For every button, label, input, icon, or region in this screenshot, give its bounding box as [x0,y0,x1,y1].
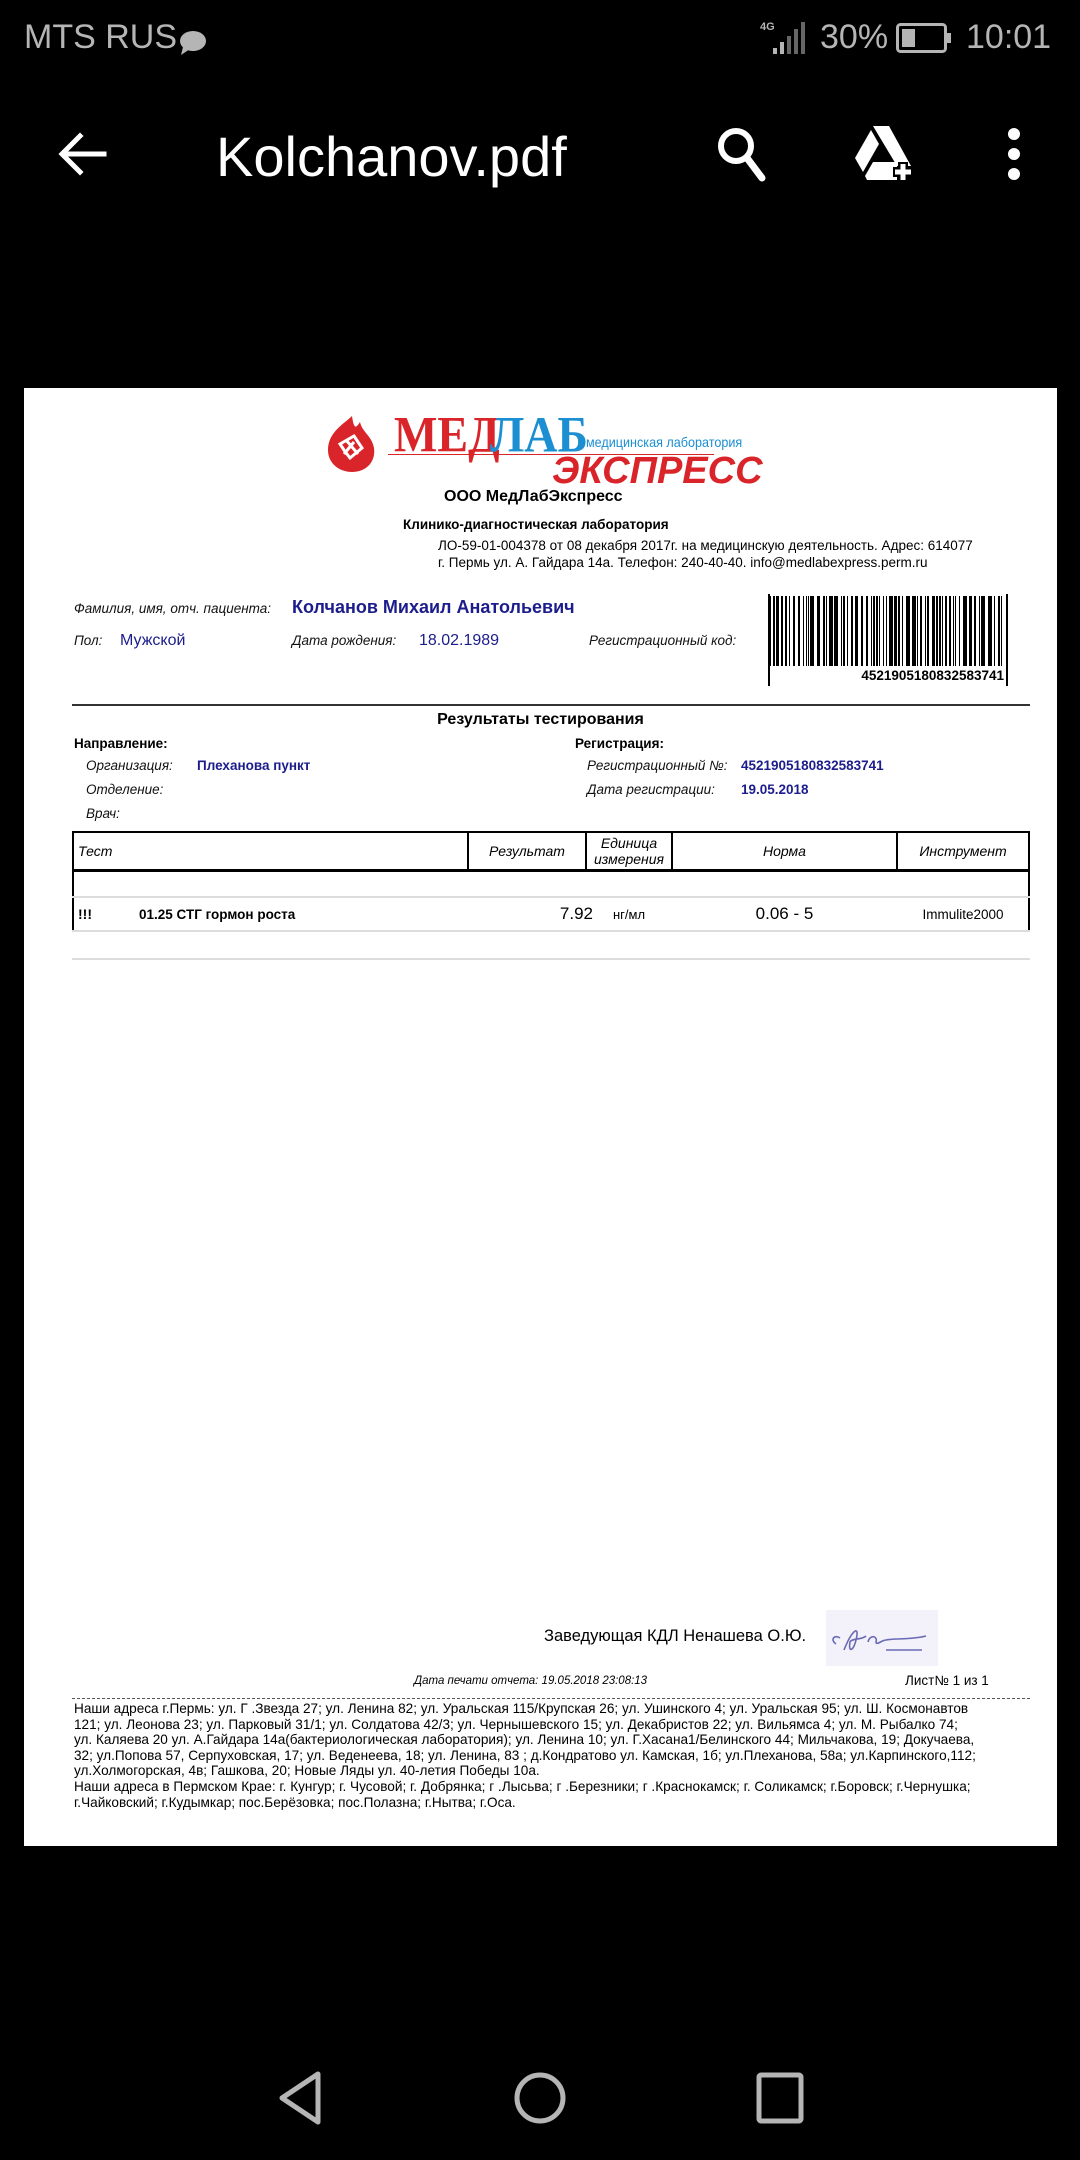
col-header-unit: Единица измерения [587,833,671,869]
registration-number-label: Регистрационный №: [587,758,728,773]
referral-heading: Направление: [74,736,168,751]
address-line: Наши адреса г.Пермь: ул. Г .Звезда 27; у… [74,1701,1034,1717]
test-instrument: Immulite2000 [898,907,1028,922]
results-title: Результаты тестирования [24,711,1057,729]
address-line: ул. Каляева 20 ул. А.Гайдара 14а(бактери… [74,1732,1034,1748]
logo-tagline: медицинская лаборатория [586,434,742,450]
org-name: ООО МедЛабЭкспресс [444,488,623,506]
nav-recents-button[interactable] [740,2060,820,2140]
address-line: ул.Холмогорская, 4в; Гашкова, 20; Новые … [74,1763,1034,1779]
logo-word-express: ЭКСПРЕСС [552,450,763,493]
add-to-drive-button[interactable] [846,116,926,196]
search-button[interactable] [702,116,782,196]
home-circle-icon [512,2070,568,2131]
patient-name: Колчанов Михаил Анатольевич [292,597,575,618]
nav-home-button[interactable] [500,2060,580,2140]
signature-image [826,1610,938,1666]
page-info: Лист№ 1 из 1 [905,1673,989,1688]
organization-value: Плеханова пункт [197,758,310,773]
back-arrow-icon [54,126,110,187]
col-header-unit-line1: Единица [601,835,657,851]
address-line: Наши адреса в Пермском Крае: г. Кунгур; … [74,1779,1034,1795]
registration-date-label: Дата регистрации: [587,782,715,797]
more-vert-icon [1006,126,1022,187]
dob-label: Дата рождения: [292,633,396,648]
col-header-norm: Норма [673,833,896,869]
test-unit: нг/мл [613,907,645,922]
license-line-1: ЛО-59-01-004378 от 08 декабря 2017г. на … [438,538,973,553]
battery-icon [896,22,952,54]
recents-square-icon [755,2071,805,2130]
registration-date: 19.05.2018 [741,782,809,797]
col-header-result: Результат [469,833,585,869]
patient-dob: 18.02.1989 [419,632,499,650]
patient-sex: Мужской [120,632,185,650]
search-icon [714,124,770,189]
addresses-block: Наши адреса г.Пермь: ул. Г .Звезда 27; у… [74,1701,1034,1810]
carrier-label: MTS RUS [24,18,177,57]
barcode-right-edge [1006,594,1008,686]
more-options-button[interactable] [974,116,1054,196]
app-bar: Kolchanov.pdf [0,76,1080,236]
col-header-unit-line2: измерения [594,851,664,867]
test-result: 7.92 [560,904,593,924]
sex-label: Пол: [74,633,102,648]
col-header-test: Тест [78,833,138,869]
message-icon [178,26,206,50]
department-label: Отделение: [86,782,163,797]
table-end-line [72,958,1030,960]
back-button[interactable] [42,116,122,196]
test-name: 01.25 СТГ гормон роста [139,907,295,922]
barcode-bars [770,596,1006,666]
address-line: 32; ул.Попова 57, Серпуховская, 17; ул. … [74,1748,1034,1764]
license-line-2: г. Пермь ул. А. Гайдара 14а. Телефон: 24… [438,555,928,570]
print-date: Дата печати отчета: 19.05.2018 23:08:13 [414,1675,647,1687]
address-line: 121; ул. Леонова 23; ул. Парковый 31/1; … [74,1717,1034,1733]
barcode: 4521905180832583741 [768,594,1008,686]
organization-label: Организация: [86,758,173,773]
registration-heading: Регистрация: [575,736,664,751]
lab-logo: МЕД ЛАБ медицинская лаборатория ЭКСПРЕСС [324,408,784,488]
drive-add-icon [853,124,919,189]
address-line: г.Чайковский; г.Кудымкар; пос.Берёзовка;… [74,1795,1034,1811]
table-row[interactable]: !!! 01.25 СТГ гормон роста 7.92 нг/мл 0.… [72,898,1030,930]
signature-text: Заведующая КДЛ Ненашева О.Ю. [544,1627,806,1646]
footer-dashed-line [72,1698,1030,1699]
document-title: Kolchanov.pdf [216,124,567,189]
patient-name-label: Фамилия, имя, отч. пациента: [74,601,271,616]
row-separator-2 [72,930,1030,932]
table-header-bottom-border [72,869,1030,872]
col-header-instrument: Инструмент [898,833,1028,869]
svg-text:4G: 4G [760,21,775,33]
barcode-number: 4521905180832583741 [861,668,1004,683]
battery-percent: 30% [820,18,888,57]
clock: 10:01 [966,18,1051,57]
doctor-label: Врач: [86,806,120,821]
back-triangle-icon [276,2070,324,2131]
signal-icon: 4G [760,18,812,54]
barcode-left-edge [768,594,770,686]
registration-number: 4521905180832583741 [741,758,884,773]
nav-back-button[interactable] [260,2060,340,2140]
org-type: Клинико-диагностическая лаборатория [403,517,669,532]
header-divider [72,704,1030,706]
regcode-label: Регистрационный код: [589,633,736,648]
abnormal-flag: !!! [78,906,92,922]
test-norm: 0.06 - 5 [673,904,896,924]
logo-flame-icon [324,414,378,479]
results-table: Тест Результат Единица измерения Норма И… [72,831,1030,968]
pdf-page[interactable]: МЕД ЛАБ медицинская лаборатория ЭКСПРЕСС… [24,388,1057,1846]
status-bar: MTS RUS 4G 30% 10:01 [0,0,1080,76]
